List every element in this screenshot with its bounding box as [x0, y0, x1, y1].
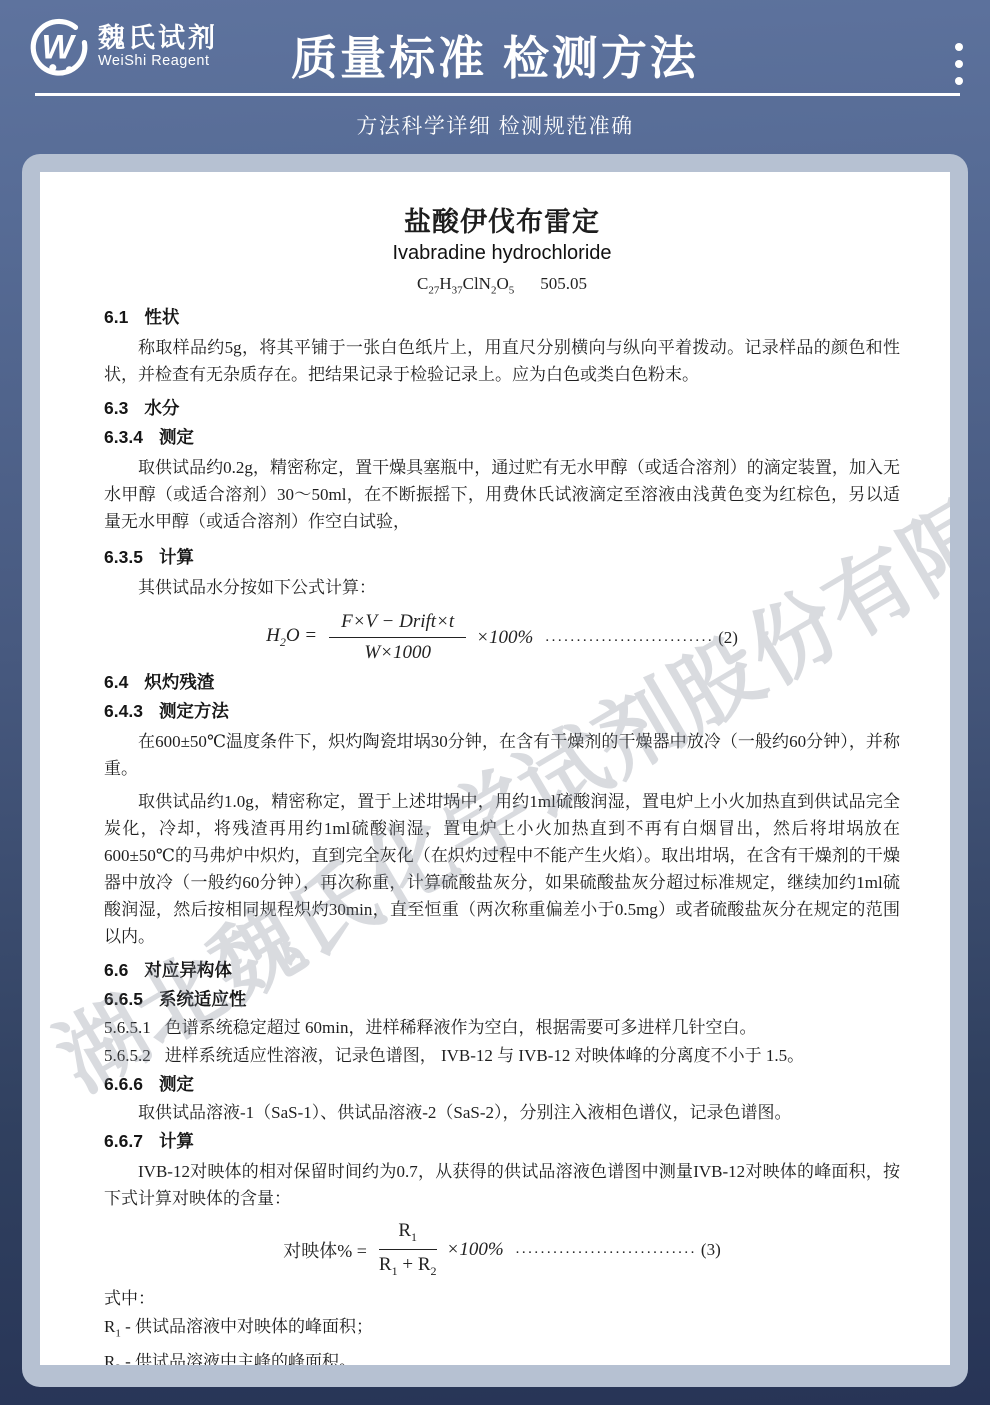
legend-intro: 式中： — [104, 1285, 900, 1312]
paragraph-injection: 取供试品溶液-1（SaS-1）、供试品溶液-2（SaS-2），分别注入液相色谱仪… — [104, 1099, 900, 1126]
section-heading-6-6: 6.6对应异构体 — [104, 956, 900, 984]
section-heading-6-3-5: 6.3.5计算 — [104, 543, 900, 571]
paragraph-5-6-5-2: 5.6.5.2进样系统适应性溶液，记录色谱图， IVB-12 与 IVB-12 … — [104, 1042, 900, 1069]
paragraph-appearance: 称取样品约5g，将其平铺于一张白色纸片上，用直尺分别横向与纵向平着拨动。记录样品… — [104, 334, 900, 388]
formula3-number: (3) — [701, 1240, 721, 1260]
formula-water-content: H2O = F×V − Drift×t W×1000 ×100% .......… — [104, 611, 900, 664]
formula3-fraction: R1 R1 + R2 — [379, 1220, 437, 1279]
formula3-lhs: 对映体% = — [283, 1237, 367, 1263]
paragraph-water-determination: 取供试品约0.2g，精密称定，置干燥具塞瓶中，通过贮有无水甲醇（或适合溶剂）的滴… — [104, 454, 900, 535]
formula2-multiplier: ×100% — [476, 627, 533, 649]
paragraph-ignition-2: 取供试品约1.0g，精密称定，置于上述坩埚中，用约1ml硫酸润湿，置电炉上小火加… — [104, 788, 900, 950]
molecular-formula: C27H37ClN2O5505.05 — [104, 274, 900, 296]
molecular-weight: 505.05 — [540, 274, 587, 293]
legend-r2: R2 - 供试品溶液中主峰的峰面积。 — [104, 1348, 900, 1365]
page-subtitle: 方法科学详细 检测规范准确 — [0, 110, 990, 140]
section-heading-6-3-4: 6.3.4测定 — [104, 423, 900, 451]
paragraph-ignition-1: 在600±50℃温度条件下，炽灼陶瓷坩埚30分钟，在含有干燥剂的干燥器中放冷（一… — [104, 728, 900, 782]
doc-title-en: Ivabradine hydrochloride — [104, 242, 900, 265]
header-divider — [35, 93, 960, 96]
doc-title-cn: 盐酸伊伐布雷定 — [104, 200, 900, 239]
formula2-fraction: F×V − Drift×t W×1000 — [329, 611, 466, 664]
legend-r1: R1 - 供试品溶液中对映体的峰面积； — [104, 1313, 900, 1347]
section-heading-6-4: 6.4炽灼残渣 — [104, 668, 900, 696]
formula3-dots: ............................. — [516, 1241, 697, 1258]
section-heading-6-6-6: 6.6.6测定 — [104, 1070, 900, 1098]
formula2-lhs: H2O = — [266, 625, 317, 650]
formula2-number: (2) — [718, 628, 738, 648]
formula3-multiplier: ×100% — [447, 1239, 504, 1261]
page-title: 质量标准 检测方法 — [0, 22, 990, 88]
kebab-dot — [955, 43, 963, 51]
document-page: 湖北魏氏化学试剂股份有限公司 盐酸伊伐布雷定 Ivabradine hydroc… — [40, 172, 950, 1365]
section-heading-6-4-3: 6.4.3测定方法 — [104, 697, 900, 725]
section-heading-6-3: 6.3水分 — [104, 394, 900, 422]
paragraph-water-calculation-intro: 其供试品水分按如下公式计算： — [104, 574, 900, 601]
document-content: 盐酸伊伐布雷定 Ivabradine hydrochloride C27H37C… — [104, 200, 900, 1365]
kebab-dot — [955, 60, 963, 68]
section-heading-6-6-5: 6.6.5系统适应性 — [104, 985, 900, 1013]
header: W 魏氏试剂 WeiShi Reagent 质量标准 检测方法 方法科学详细 检… — [0, 0, 990, 152]
section-heading-6-6-7: 6.6.7计算 — [104, 1127, 900, 1155]
paragraph-enantiomer-calc-intro: IVB-12对映体的相对保留时间约为0.7，从获得的供试品溶液色谱图中测量IVB… — [104, 1158, 900, 1212]
formula2-dots: ........................... — [545, 629, 714, 646]
formula-enantiomer-percent: 对映体% = R1 R1 + R2 ×100% ................… — [104, 1220, 900, 1279]
kebab-menu-icon[interactable] — [955, 34, 963, 94]
paragraph-5-6-5-1: 5.6.5.1色谱系统稳定超过 60min，进样稀释液作为空白，根据需要可多进样… — [104, 1014, 900, 1041]
page-background: W 魏氏试剂 WeiShi Reagent 质量标准 检测方法 方法科学详细 检… — [0, 0, 990, 1405]
kebab-dot — [955, 77, 963, 85]
section-heading-6-1: 6.1性状 — [104, 303, 900, 331]
document-card: 湖北魏氏化学试剂股份有限公司 盐酸伊伐布雷定 Ivabradine hydroc… — [22, 154, 968, 1387]
